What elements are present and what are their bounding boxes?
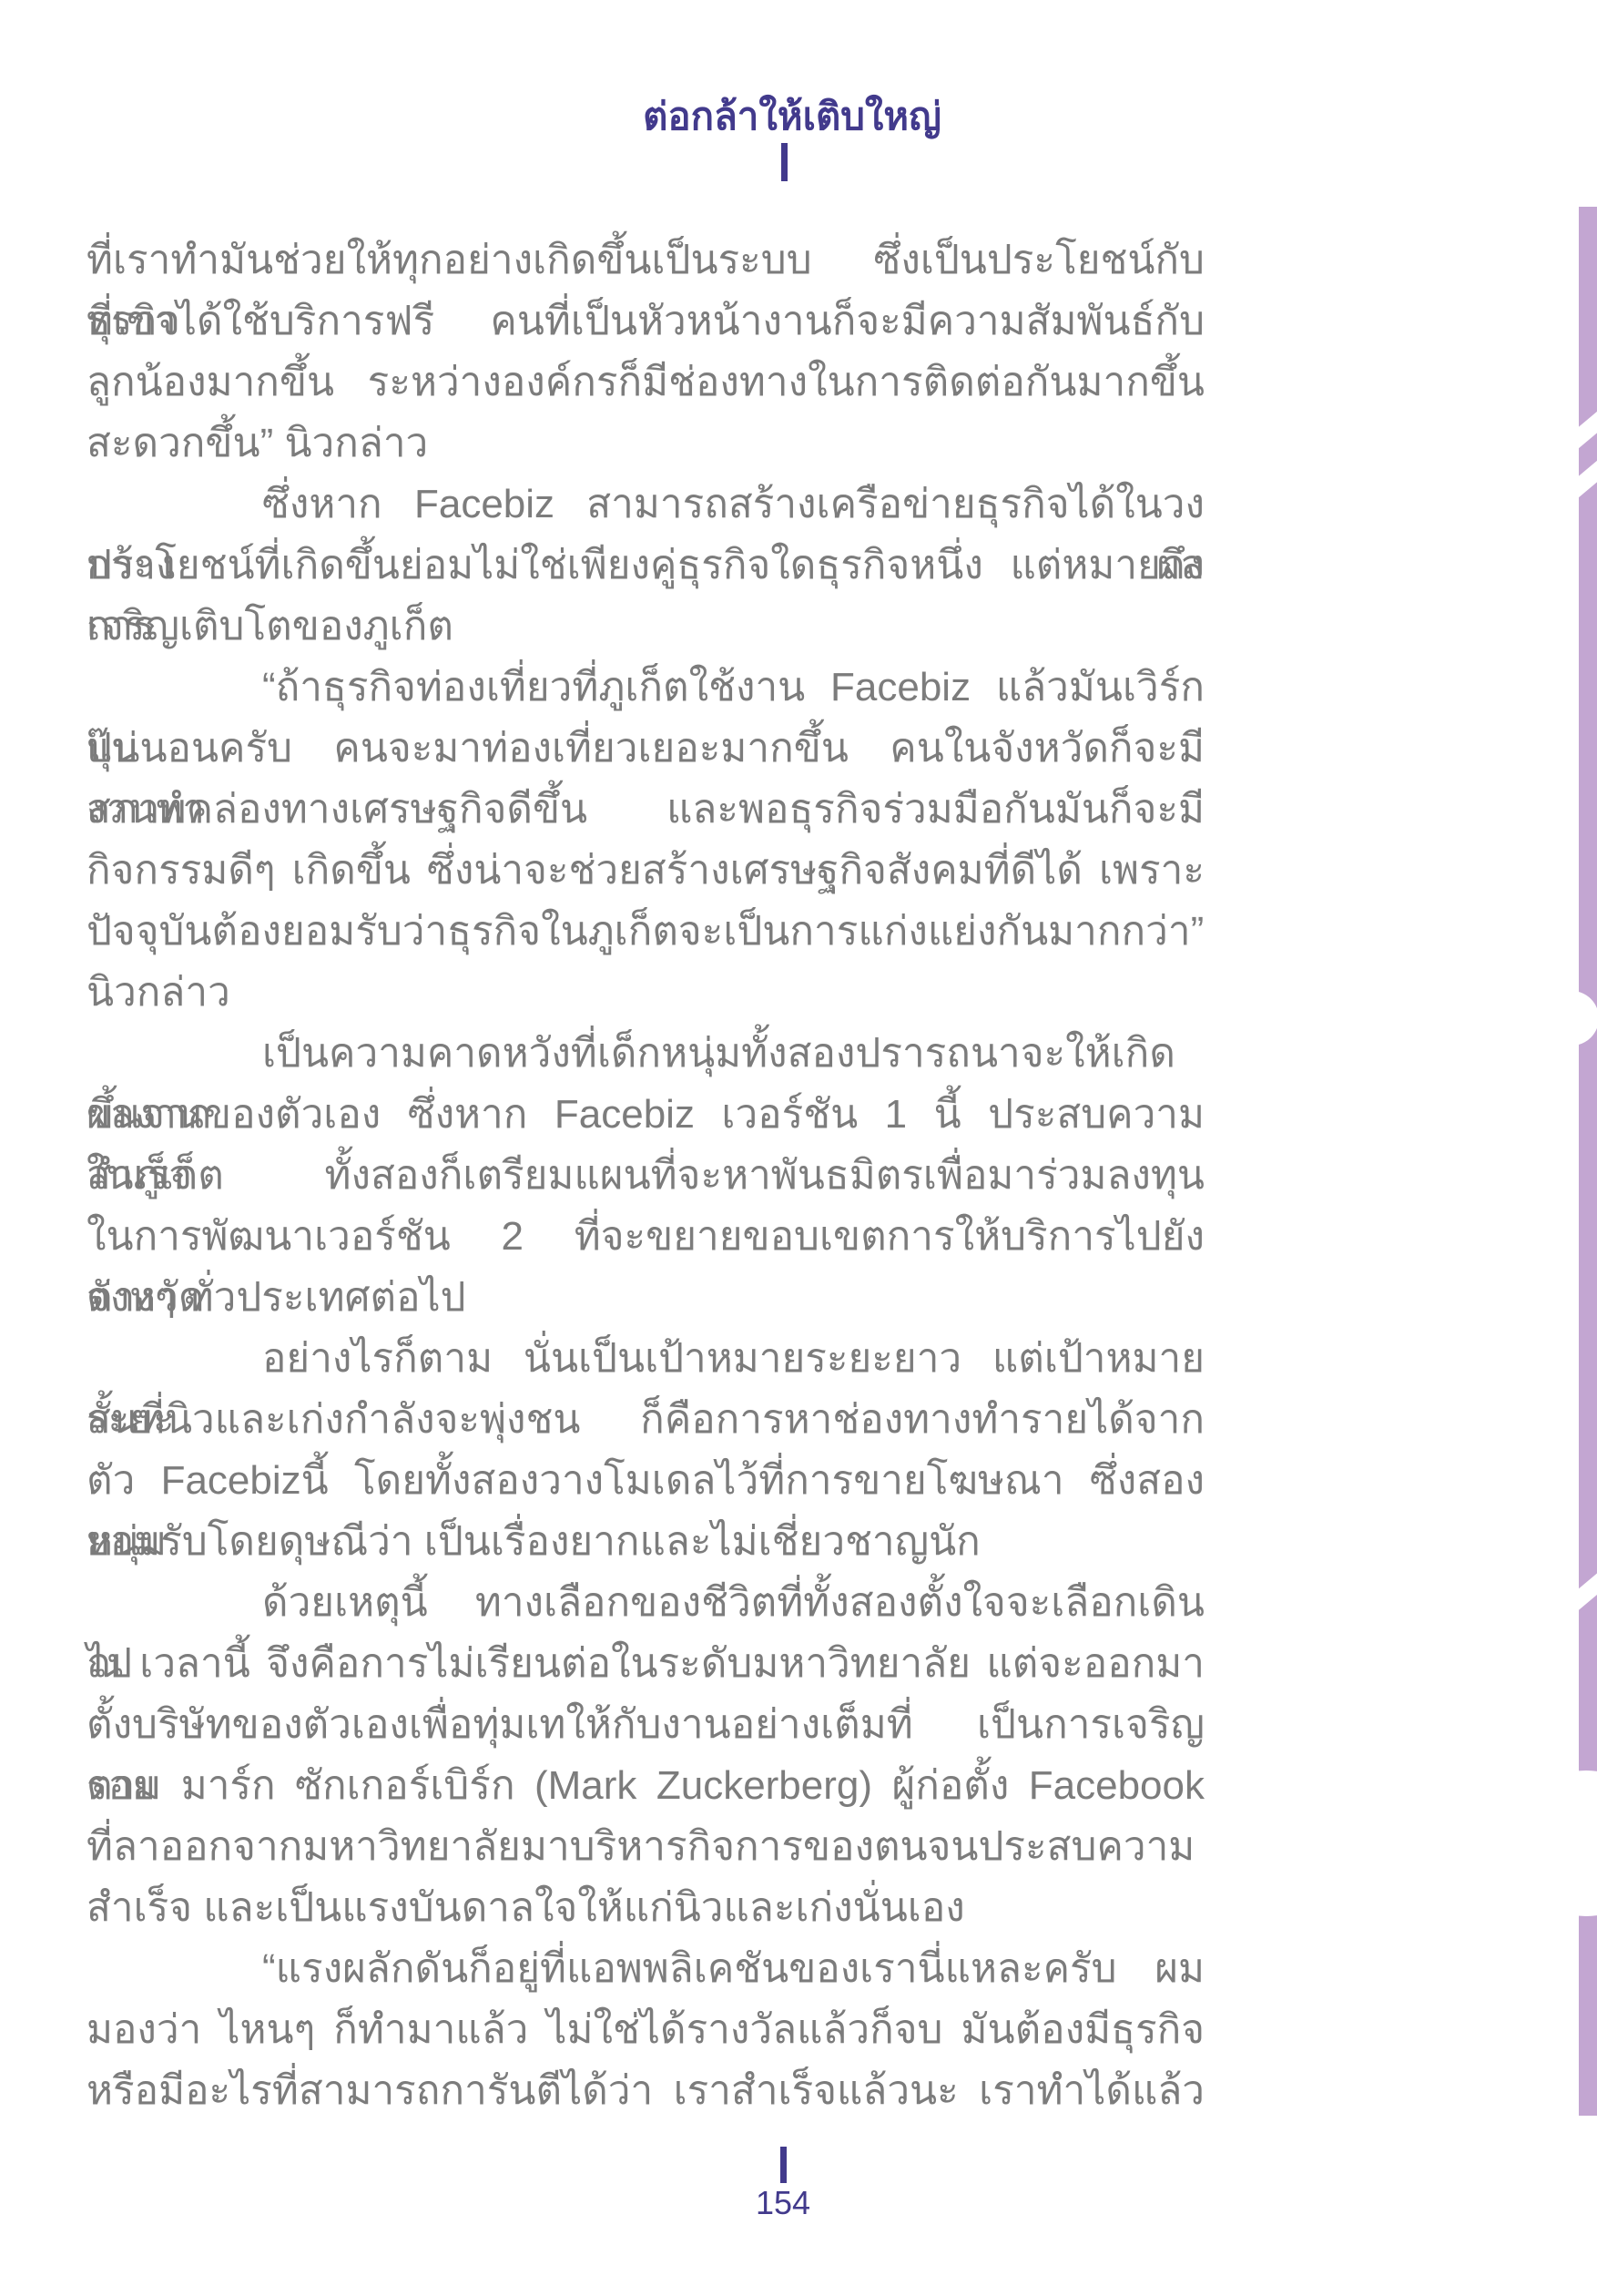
header-divider-bar [781,143,788,181]
body-line: แน่นอนครับ คนจะมาท่องเที่ยวเยอะมากขึ้น ค… [86,718,1205,779]
body-line: ในการพัฒนาเวอร์ชัน 2 ที่จะขยายขอบเขตการใ… [86,1206,1205,1267]
body-line: “ถ้าธุรกิจท่องเที่ยวที่ภูเก็ตใช้งาน Face… [86,657,1205,718]
body-line: “แรงผลักดันก็อยู่ที่แอพพลิเคชันของเรานี่… [86,1938,1205,1999]
body-line: ที่เราทำมันช่วยให้ทุกอย่างเกิดขึ้นเป็นระ… [86,230,1205,291]
body-line: ปัจจุบันต้องยอมรับว่าธุรกิจในภูเก็ตจะเป็… [86,901,1205,962]
body-line: นิวกล่าว [86,962,1205,1023]
body-line: สะดวกขึ้น” นิวกล่าว [86,413,1205,474]
side-graphic-white-notch [1513,1770,1597,1916]
body-line: ต่างๆ ทั่วประเทศต่อไป [86,1267,1205,1328]
book-page: ต่อกล้าให้เติบใหญ่ ที่เราทำมันช่วยให้ทุก… [0,0,1597,2296]
side-graphic-white-notch [1544,991,1597,1046]
body-line: ซึ่งหาก Facebiz สามารถสร้างเครือข่ายธุรก… [86,474,1205,535]
body-line: ตัว Facebizนี้ โดยทั้งสองวางโมเดลไว้ที่ก… [86,1450,1205,1511]
body-line: ลูกน้องมากขึ้น ระหว่างองค์กรก็มีช่องทางใ… [86,352,1205,413]
body-line: เจริญเติบโตของภูเก็ต [86,596,1205,657]
body-line: ผลงานของตัวเอง ซึ่งหาก Facebiz เวอร์ชัน … [86,1084,1205,1145]
body-line: กิจกรรมดีๆ เกิดขึ้น ซึ่งน่าจะช่วยสร้างเศ… [86,840,1205,901]
body-line: ประโยชน์ที่เกิดขึ้นย่อมไม่ใช่เพียงคู่ธุร… [86,535,1205,596]
body-line: เป็นความคาดหวังที่เด็กหนุ่มทั้งสองปรารถน… [86,1023,1205,1084]
body-line: ตาม มาร์ก ซักเกอร์เบิร์ก (Mark Zuckerber… [86,1755,1205,1816]
page-number: 154 [0,2184,1566,2222]
body-line: สั้นที่นิวและเก่งกำลังจะพุ่งชน ก็คือการห… [86,1389,1205,1450]
footer-divider-bar [780,2147,787,2183]
body-line: สภาพคล่องทางเศรษฐกิจดีขึ้น และพอธุรกิจร่… [86,779,1205,840]
body-line: สำเร็จ และเป็นแรงบันดาลใจให้แก่นิวและเก่… [86,1877,1205,1938]
body-line: มองว่า ไหนๆ ก็ทำมาแล้ว ไม่ใช่ได้รางวัลแล… [86,1999,1205,2060]
body-line: ในภูเก็ต ทั้งสองก็เตรียมแผนที่จะหาพันธมิ… [86,1145,1205,1206]
body-line: หรือมีอะไรที่สามารถการันตีได้ว่า เราสำเร… [86,2060,1205,2121]
body-line: ที่เขาได้ใช้บริการฟรี คนที่เป็นหัวหน้างา… [86,291,1205,352]
page-header-title: ต่อกล้าให้เติบใหญ่ [0,87,1584,147]
body-text-column: ที่เราทำมันช่วยให้ทุกอย่างเกิดขึ้นเป็นระ… [86,230,1205,2121]
body-line: ยอมรับโดยดุษณีว่า เป็นเรื่องยากและไม่เชี… [86,1511,1205,1572]
body-line: ตั้งบริษัทของตัวเองเพื่อทุ่มเทให้กับงานอ… [86,1694,1205,1755]
body-line: ที่ลาออกจากมหาวิทยาลัยมาบริหารกิจการของต… [86,1816,1205,1877]
body-line: ณ เวลานี้ จึงคือการไม่เรียนต่อในระดับมหา… [86,1633,1205,1694]
body-line: ด้วยเหตุนี้ ทางเลือกของชีวิตที่ทั้งสองตั… [86,1572,1205,1633]
body-line: อย่างไรก็ตาม นั่นเป็นเป้าหมายระยะยาว แต่… [86,1328,1205,1389]
